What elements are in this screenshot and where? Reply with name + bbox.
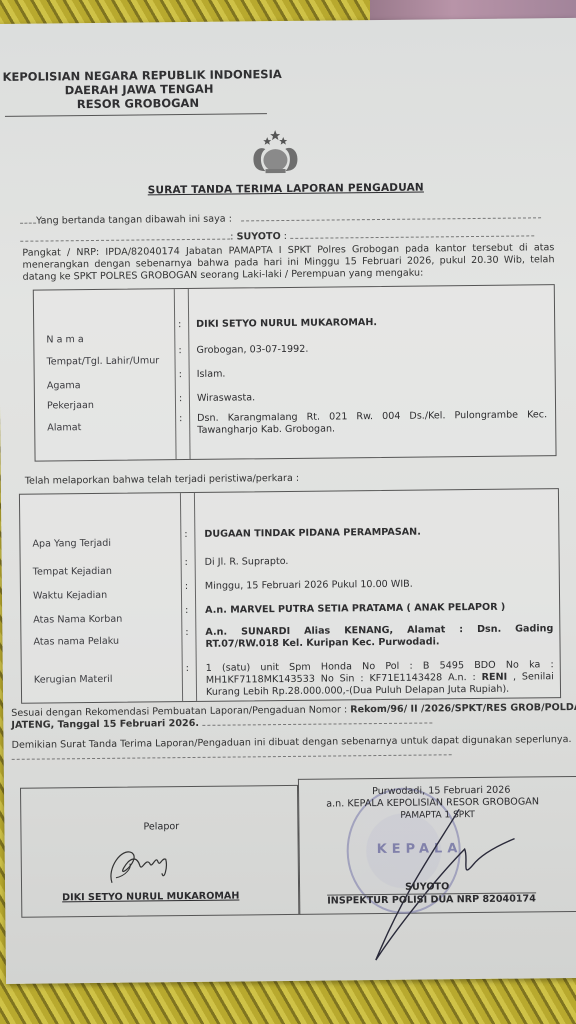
row-value: Minggu, 15 Februari 2026 Pukul 10.00 WIB… — [205, 577, 553, 593]
officer-on-behalf: a.n. KEPALA KEPOLISIAN RESOR GROBOGAN — [326, 796, 539, 809]
reporter-signature-box: Pelapor DIKI SETYO NURUL MUKAROMAH — [20, 785, 299, 918]
letterhead: KEPOLISIAN NEGARA REPUBLIK INDONESIA DAE… — [2, 67, 282, 112]
reporter-identity-table: N a m a:DIKI SETYO NURUL MUKAROMAH.Tempa… — [33, 284, 557, 461]
recommendation-paragraph: Sesuai dengan Rekomendasi Pembuatan Lapo… — [11, 702, 576, 732]
row-label: Tempat/Tgl. Lahir/Umur — [46, 355, 159, 368]
row-colon: : — [178, 319, 181, 331]
row-colon: : — [178, 345, 181, 357]
letterhead-line-1: KEPOLISIAN NEGARA REPUBLIK INDONESIA — [2, 67, 281, 84]
divider — [188, 289, 191, 459]
row-label: Kerugian Materil — [34, 674, 113, 687]
officer-paragraph: Pangkat / NRP: IPDA/82040174 Jabatan PAM… — [22, 242, 554, 284]
officer-signature-name: SUYOTO — [405, 881, 449, 892]
row-label: Apa Yang Terjadi — [32, 538, 111, 551]
letterhead-rule — [5, 113, 267, 117]
letterhead-line-3: RESOR GROBOGAN — [77, 95, 282, 111]
row-value: A.n. MARVEL PUTRA SETIA PRATAMA ( ANAK P… — [205, 601, 553, 617]
reporter-role: Pelapor — [143, 821, 179, 832]
row-colon: : — [185, 581, 188, 593]
divider — [174, 289, 177, 459]
row-value: Dsn. Karangmalang Rt. 021 Rw. 004 Ds./Ke… — [197, 409, 547, 437]
document-title: SURAT TANDA TERIMA LAPORAN PENGADUAN — [148, 182, 424, 197]
officer-place-date: Purwodadi, 15 Februari 2026 — [372, 785, 511, 797]
table-row: Pekerjaan:Wiraswasta. — [35, 389, 555, 394]
row-colon: : — [185, 605, 188, 617]
row-colon: : — [186, 663, 189, 675]
row-value: 1 (satu) unit Spm Honda No Pol : B 5495 … — [206, 659, 554, 699]
reporter-signature-name: DIKI SETYO NURUL MUKAROMAH — [62, 891, 239, 904]
row-label: Agama — [47, 380, 81, 392]
officer-rank-nrp: INSPEKTUR POLISI DUA NRP 82040174 — [327, 892, 536, 906]
row-colon: : — [179, 393, 182, 405]
row-colon: : — [184, 529, 187, 541]
row-label: Alamat — [47, 422, 81, 434]
officer-name: SUYOTO — [236, 231, 280, 242]
table-row: N a m a:DIKI SETYO NURUL MUKAROMAH. — [34, 315, 554, 320]
intro-line: Yang bertanda tangan dibawah ini saya : — [20, 210, 541, 226]
row-value: DIKI SETYO NURUL MUKAROMAH. — [196, 315, 546, 331]
divider — [194, 493, 197, 701]
table-row: Alamat:Dsn. Karangmalang Rt. 021 Rw. 004… — [35, 409, 555, 414]
incident-intro: Telah melaporkan bahwa telah terjadi per… — [25, 470, 557, 488]
row-colon: : — [179, 413, 182, 425]
table-row: Apa Yang Terjadi:DUGAAN TINDAK PIDANA PE… — [20, 525, 558, 531]
table-row: Tempat Kejadian:Di Jl. R. Suprapto. — [21, 553, 559, 559]
row-value: Di Jl. R. Suprapto. — [205, 553, 553, 569]
row-value: Grobogan, 03-07-1992. — [196, 341, 546, 357]
row-colon: : — [185, 627, 188, 639]
row-label: Atas Nama Korban — [33, 614, 122, 627]
row-value: A.n. SUNARDI Alias KENANG, Alamat : Dsn.… — [205, 623, 553, 651]
table-row: Atas Nama Korban:A.n. MARVEL PUTRA SETIA… — [21, 601, 559, 607]
row-label: Waktu Kejadian — [33, 590, 107, 603]
row-colon: : — [179, 369, 182, 381]
row-label: Tempat Kejadian — [33, 566, 112, 579]
closing-paragraph: Demikian Surat Tanda Terima Laporan/Peng… — [11, 734, 576, 764]
incident-table: Apa Yang Terjadi:DUGAAN TINDAK PIDANA PE… — [19, 488, 561, 704]
row-value: DUGAAN TINDAK PIDANA PERAMPASAN. — [204, 525, 552, 541]
table-row: Waktu Kejadian:Minggu, 15 Februari 2026 … — [21, 577, 559, 583]
divider — [180, 493, 183, 701]
row-label: Atas nama Pelaku — [33, 636, 119, 649]
row-label: Pekerjaan — [47, 400, 94, 412]
row-label: N a m a — [46, 334, 84, 346]
intro-text: Yang bertanda tangan dibawah ini saya : — [36, 214, 232, 227]
row-colon: : — [185, 557, 188, 569]
table-row: Kerugian Materil:1 (satu) unit Spm Honda… — [22, 659, 560, 665]
police-emblem-icon — [247, 129, 303, 178]
report-receipt-document: KEPOLISIAN NEGARA REPUBLIK INDONESIA DAE… — [0, 18, 576, 984]
reporter-signature-icon — [102, 837, 193, 888]
row-value: Islam. — [197, 365, 547, 381]
table-row: Tempat/Tgl. Lahir/Umur:Grobogan, 03-07-1… — [34, 341, 554, 346]
row-value: Wiraswasta. — [197, 389, 547, 405]
